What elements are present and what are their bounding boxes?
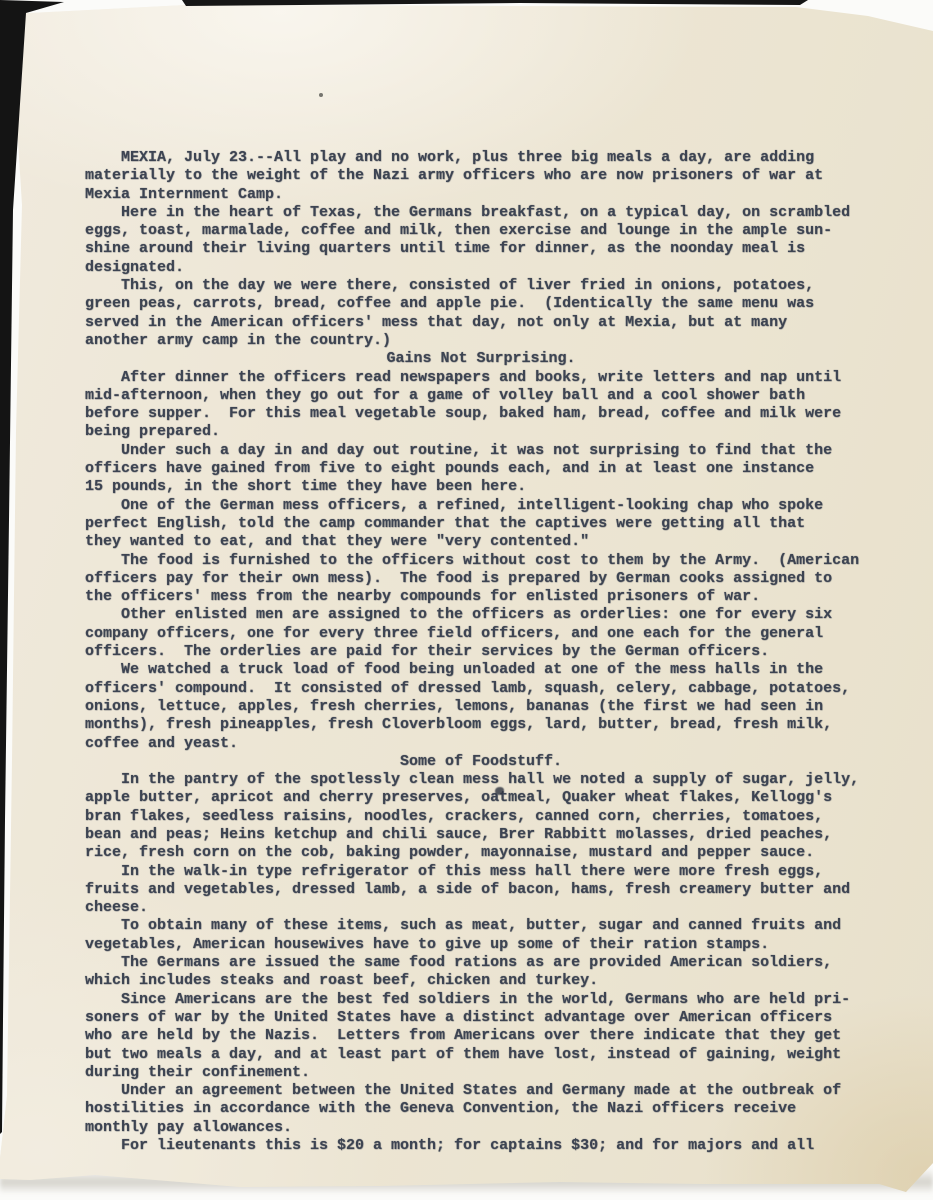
- text-line: Under an agreement between the United St…: [85, 1082, 877, 1100]
- text-line: green peas, carrots, bread, coffee and a…: [85, 295, 877, 313]
- text-line: soners of war by the United States have …: [85, 1009, 877, 1027]
- text-line: For lieutenants this is $20 a month; for…: [85, 1137, 877, 1155]
- text-line: but two meals a day, and at least part o…: [85, 1046, 877, 1064]
- text-line: After dinner the officers read newspaper…: [85, 369, 877, 387]
- text-line: mid-afternoon, when they go out for a ga…: [85, 387, 877, 405]
- text-line: the officers' mess from the nearby compo…: [85, 588, 877, 606]
- text-line: hostilities in accordance with the Genev…: [85, 1100, 877, 1118]
- text-line: rice, fresh corn on the cob, baking powd…: [85, 844, 877, 862]
- text-line: during their confinement.: [85, 1064, 877, 1082]
- text-line: MEXIA, July 23.--All play and no work, p…: [85, 149, 877, 167]
- text-line: Here in the heart of Texas, the Germans …: [85, 204, 877, 222]
- text-line: In the pantry of the spotlessly clean me…: [85, 771, 877, 789]
- text-line: Under such a day in and day out routine,…: [85, 442, 877, 460]
- text-line: The food is furnished to the officers wi…: [85, 552, 877, 570]
- text-line: perfect English, told the camp commander…: [85, 515, 877, 533]
- text-line: monthly pay allowances.: [85, 1119, 877, 1137]
- text-line: vegetables, American housewives have to …: [85, 936, 877, 954]
- text-line: One of the German mess officers, a refin…: [85, 497, 877, 515]
- text-line: bran flakes, seedless raisins, noodles, …: [85, 808, 877, 826]
- text-line: they wanted to eat, and that they were "…: [85, 533, 877, 551]
- text-line: Since Americans are the best fed soldier…: [85, 991, 877, 1009]
- section-heading: Gains Not Surprising.: [85, 350, 877, 368]
- text-line: officers pay for their own mess). The fo…: [85, 570, 877, 588]
- text-line: Mexia Internment Camp.: [85, 186, 877, 204]
- text-line: 15 pounds, in the short time they have b…: [85, 478, 877, 496]
- text-line: We watched a truck load of food being un…: [85, 661, 877, 679]
- text-line: officers' compound. It consisted of dres…: [85, 680, 877, 698]
- paper-sheet: MEXIA, July 23.--All play and no work, p…: [0, 0, 933, 1200]
- text-line: bean and peas; Heins ketchup and chili s…: [85, 826, 877, 844]
- section-heading: Some of Foodstuff.: [85, 753, 877, 771]
- text-line: cheese.: [85, 899, 877, 917]
- text-line: months), fresh pineapples, fresh Cloverb…: [85, 716, 877, 734]
- text-line: In the walk-in type refrigerator of this…: [85, 863, 877, 881]
- text-line: another army camp in the country.): [85, 332, 877, 350]
- text-line: which includes steaks and roast beef, ch…: [85, 972, 877, 990]
- text-line: officers have gained from five to eight …: [85, 460, 877, 478]
- text-line: who are held by the Nazis. Letters from …: [85, 1027, 877, 1045]
- text-line: The Germans are issued the same food rat…: [85, 954, 877, 972]
- text-line: shine around their living quarters until…: [85, 240, 877, 258]
- text-line: officers. The orderlies are paid for the…: [85, 643, 877, 661]
- text-line: before supper. For this meal vegetable s…: [85, 405, 877, 423]
- text-line: Other enlisted men are assigned to the o…: [85, 606, 877, 624]
- ink-speck: [319, 93, 323, 97]
- text-line: being prepared.: [85, 423, 877, 441]
- text-line: To obtain many of these items, such as m…: [85, 917, 877, 935]
- document-text: MEXIA, July 23.--All play and no work, p…: [85, 149, 877, 1155]
- text-line: This, on the day we were there, consiste…: [85, 277, 877, 295]
- text-line: company officers, one for every three fi…: [85, 625, 877, 643]
- text-line: eggs, toast, marmalade, coffee and milk,…: [85, 222, 877, 240]
- text-line: materially to the weight of the Nazi arm…: [85, 167, 877, 185]
- text-line: apple butter, apricot and cherry preserv…: [85, 789, 877, 807]
- text-line: designated.: [85, 259, 877, 277]
- text-line: fruits and vegetables, dressed lamb, a s…: [85, 881, 877, 899]
- scan-backdrop: MEXIA, July 23.--All play and no work, p…: [0, 0, 933, 1200]
- text-line: coffee and yeast.: [85, 735, 877, 753]
- text-line: served in the American officers' mess th…: [85, 314, 877, 332]
- text-line: onions, lettuce, apples, fresh cherries,…: [85, 698, 877, 716]
